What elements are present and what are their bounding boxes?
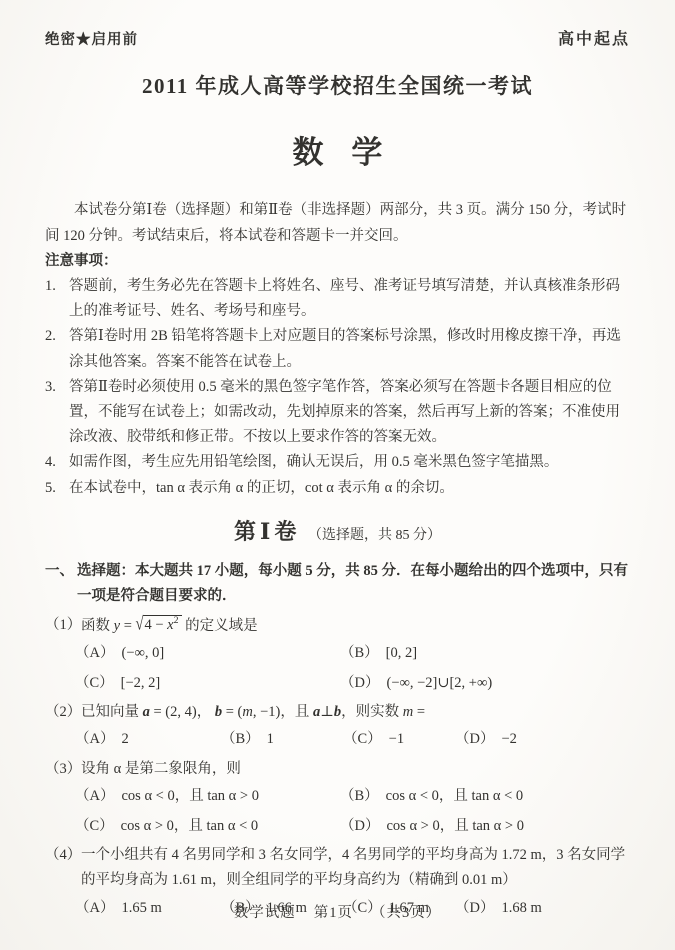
option-label: （D）: [455, 731, 494, 747]
part-text: 选择题：本大题共 17 小题，每小题 5 分，共 85 分．在每小题给出的四个选…: [77, 559, 630, 609]
option-label: （B）: [340, 645, 379, 661]
note-number: 1.: [45, 274, 69, 324]
section-title: 第Ⅰ卷: [234, 519, 300, 544]
note-item-3: 3. 答第Ⅱ卷时必须使用 0.5 毫米的黑色签字笔作答，答案必须写在答题卡各题目…: [45, 375, 630, 451]
note-text: 答题前，考生务必先在答题卡上将姓名、座号、准考证号填写清楚，并认真核准条形码上的…: [69, 274, 630, 324]
question-4: （4） 一个小组共有 4 名男同学和 3 名女同学，4 名男同学的平均身高为 1…: [45, 843, 630, 893]
vector-b: b: [215, 704, 222, 720]
option-text: 1: [267, 731, 274, 747]
stem-text: =: [413, 704, 425, 720]
note-text: 在本试卷中，tan α 表示角 α 的正切，cot α 表示角 α 的余切。: [69, 476, 630, 501]
note-number: 2.: [45, 324, 69, 374]
vector-a: a: [143, 704, 150, 720]
option-text: cos α > 0，且 tan α < 0: [121, 818, 258, 834]
option-text: [−2, 2]: [121, 675, 161, 691]
option-text: cos α < 0，且 tan α > 0: [121, 788, 258, 804]
note-item-5: 5. 在本试卷中，tan α 表示角 α 的正切，cot α 表示角 α 的余切…: [45, 476, 630, 501]
question-stem: 设角 α 是第二象限角，则: [81, 757, 630, 782]
footer-doc-title: 数学试题: [234, 905, 296, 921]
stem-text: 的定义域是: [182, 617, 258, 633]
option-label: （B）: [340, 788, 379, 804]
question-3: （3） 设角 α 是第二象限角，则: [45, 757, 630, 782]
option-d: （D）(−∞, −2]∪[2, +∞): [340, 671, 630, 696]
option-a: （A）cos α < 0，且 tan α > 0: [75, 784, 340, 809]
option-c: （C）[−2, 2]: [75, 671, 340, 696]
question-2-options: （A）2 （B）1 （C）−1 （D）−2: [45, 727, 630, 752]
part-number: 一、: [45, 559, 77, 609]
option-c: （C）cos α > 0，且 tan α < 0: [75, 814, 340, 839]
question-number: （4）: [45, 843, 81, 893]
exponent: 2: [174, 616, 179, 627]
math-equals: =: [120, 617, 135, 633]
question-2: （2） 已知向量 a = (2, 4)， b = (m, −1)，且 a⊥b，则…: [45, 700, 630, 725]
option-text: cos α > 0，且 tan α > 0: [386, 818, 523, 834]
option-text: (−∞, 0]: [121, 645, 164, 661]
question-number: （3）: [45, 757, 81, 782]
page-footer: 数学试题第1页（共3页）: [0, 901, 675, 926]
option-b: （B）[0, 2]: [340, 641, 630, 666]
option-label: （B）: [221, 731, 260, 747]
classification-label: 绝密★启用前: [45, 28, 138, 53]
perpendicular-symbol: ⊥: [320, 704, 334, 720]
subject-title: 数学: [45, 126, 630, 180]
option-text: [0, 2]: [386, 645, 417, 661]
stem-text: 函数: [81, 617, 114, 633]
note-text: 答第Ⅱ卷时必须使用 0.5 毫米的黑色签字笔作答，答案必须写在答题卡各题目相应的…: [69, 375, 630, 451]
question-1: （1） 函数 y = √4 − x2 的定义域是: [45, 613, 630, 639]
exam-paper-page: 绝密★启用前 高中起点 2011 年成人高等学校招生全国统一考试 数学 本试卷分…: [0, 0, 675, 950]
section-subtitle: （选择题，共 85 分）: [308, 528, 441, 543]
option-label: （A）: [75, 731, 114, 747]
option-text: cos α < 0，且 tan α < 0: [386, 788, 523, 804]
math-var-m: m: [242, 704, 252, 720]
option-d: （D）cos α > 0，且 tan α > 0: [340, 814, 630, 839]
question-number: （1）: [45, 613, 81, 639]
note-item-1: 1. 答题前，考生务必先在答题卡上将姓名、座号、准考证号填写清楚，并认真核准条形…: [45, 274, 630, 324]
question-3-options: （A）cos α < 0，且 tan α > 0 （B）cos α < 0，且 …: [45, 784, 630, 839]
option-label: （D）: [340, 675, 379, 691]
footer-page-number: 第1页: [314, 905, 353, 921]
option-d: （D）−2: [455, 727, 630, 752]
option-text: −1: [389, 731, 404, 747]
note-number: 3.: [45, 375, 69, 451]
stem-text: = (2, 4)，: [150, 704, 215, 720]
option-a: （A）(−∞, 0]: [75, 641, 340, 666]
radicand: 4 − x2: [143, 615, 181, 633]
option-b: （B）1: [221, 727, 343, 752]
question-number: （2）: [45, 700, 81, 725]
question-stem: 函数 y = √4 − x2 的定义域是: [81, 613, 630, 639]
option-text: 2: [121, 731, 128, 747]
question-stem: 一个小组共有 4 名男同学和 3 名女同学，4 名男同学的平均身高为 1.72 …: [81, 843, 630, 893]
option-text: −2: [501, 731, 516, 747]
option-label: （A）: [75, 788, 114, 804]
option-c: （C）−1: [343, 727, 455, 752]
stem-text: = (: [222, 704, 242, 720]
note-number: 5.: [45, 476, 69, 501]
stem-text: ，则实数: [341, 704, 403, 720]
notes-label: 注意事项：: [45, 249, 630, 274]
stem-text: , −1)，且: [253, 704, 313, 720]
note-text: 如需作图，考生应先用铅笔绘图，确认无误后，用 0.5 毫米黑色签字笔描黑。: [69, 450, 630, 475]
level-label: 高中起点: [558, 26, 630, 54]
note-item-4: 4. 如需作图，考生应先用铅笔绘图，确认无误后，用 0.5 毫米黑色签字笔描黑。: [45, 450, 630, 475]
math-var-m: m: [403, 704, 413, 720]
radical-sign: √: [136, 609, 144, 641]
note-number: 4.: [45, 450, 69, 475]
note-text: 答第Ⅰ卷时用 2B 铅笔将答题卡上对应题目的答案标号涂黑，修改时用橡皮擦干净，再…: [69, 324, 630, 374]
option-a: （A）2: [75, 727, 221, 752]
note-item-2: 2. 答第Ⅰ卷时用 2B 铅笔将答题卡上对应题目的答案标号涂黑，修改时用橡皮擦干…: [45, 324, 630, 374]
option-b: （B）cos α < 0，且 tan α < 0: [340, 784, 630, 809]
sqrt-expression: √4 − x2: [136, 617, 182, 633]
footer-page-total: （共3页）: [371, 905, 441, 921]
option-label: （C）: [75, 818, 114, 834]
option-text: (−∞, −2]∪[2, +∞): [386, 675, 492, 691]
section-one-heading: 第Ⅰ卷 （选择题，共 85 分）: [45, 513, 630, 551]
page-topbar: 绝密★启用前 高中起点: [45, 26, 630, 54]
multiple-choice-instruction: 一、 选择题：本大题共 17 小题，每小题 5 分，共 85 分．在每小题给出的…: [45, 559, 630, 609]
exam-title: 2011 年成人高等学校招生全国统一考试: [45, 68, 630, 105]
intro-paragraph: 本试卷分第Ⅰ卷（选择题）和第Ⅱ卷（非选择题）两部分，共 3 页。满分 150 分…: [45, 198, 630, 248]
question-1-options: （A）(−∞, 0] （B）[0, 2] （C）[−2, 2] （D）(−∞, …: [45, 641, 630, 696]
option-label: （C）: [343, 731, 382, 747]
option-label: （D）: [340, 818, 379, 834]
question-stem: 已知向量 a = (2, 4)， b = (m, −1)，且 a⊥b，则实数 m…: [81, 700, 630, 725]
radicand-text: 4 −: [144, 617, 167, 633]
option-label: （C）: [75, 675, 114, 691]
stem-text: 已知向量: [81, 704, 143, 720]
option-label: （A）: [75, 645, 114, 661]
